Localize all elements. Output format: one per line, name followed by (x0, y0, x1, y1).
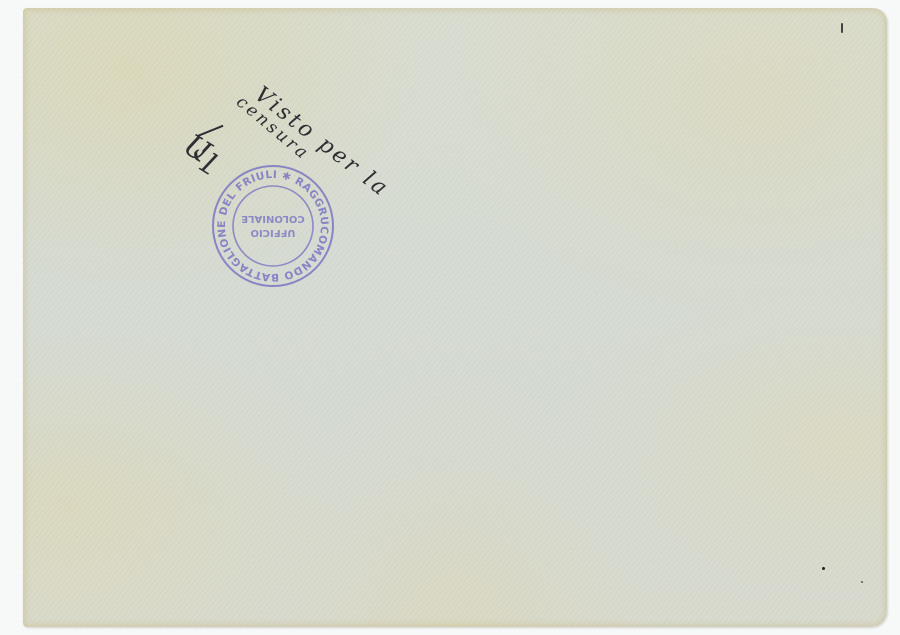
stamp-seal-icon: COMANDO BATTAGLIONE DEL FRIULI ✱ RAGGRUP… (210, 163, 336, 289)
postcard-back (23, 8, 887, 627)
stamp-center-line1: UFFICIO (250, 227, 295, 238)
stamp-center-line2: COLONIALE (241, 213, 305, 224)
paper-speck (822, 567, 825, 570)
censor-stamp: COMANDO BATTAGLIONE DEL FRIULI ✱ RAGGRUP… (210, 163, 336, 289)
paper-speck (861, 581, 863, 583)
paper-mark (841, 23, 843, 33)
paper-texture (23, 8, 887, 627)
